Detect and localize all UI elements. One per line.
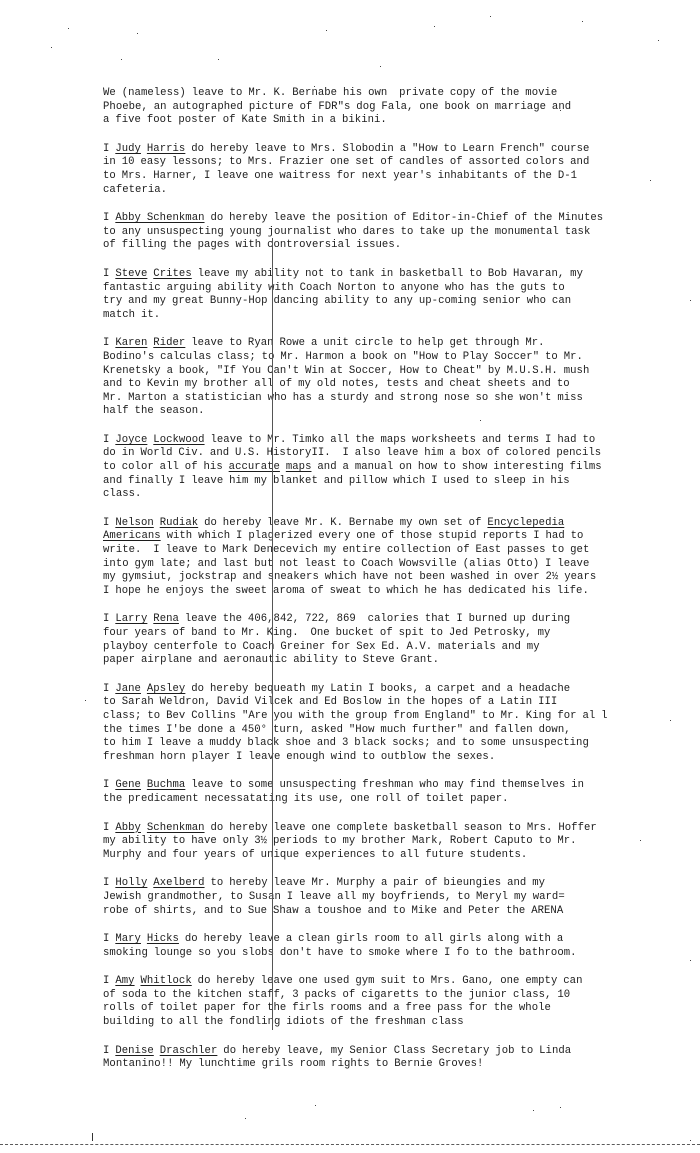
text-segment: leave to Ryan Rowe a unit circle to help… — [185, 337, 544, 349]
scan-speck — [670, 720, 671, 721]
scan-speck — [137, 33, 138, 34]
underlined-name: Buchma — [147, 779, 185, 791]
underlined-name: Amy — [115, 975, 134, 987]
text-segment: I — [103, 779, 115, 791]
text-line: and finally I leave him my blanket and p… — [103, 475, 673, 489]
text-segment: playboy centerfole to Coach Greiner for … — [103, 641, 540, 653]
underlined-name: Draschler — [160, 1045, 218, 1057]
underlined-name: Abby Schenkman — [115, 212, 204, 224]
scan-speck — [434, 26, 435, 27]
underlined-name: Schenkman — [147, 822, 205, 834]
underlined-name: Whitlock — [140, 975, 191, 987]
text-segment: Jewish grandmother, to Susan I leave all… — [103, 891, 565, 903]
will-entry-karen-rider: I Karen Rider leave to Ryan Rowe a unit … — [103, 337, 673, 419]
page-bottom-edge — [0, 1144, 700, 1145]
underlined-name: Larry — [115, 613, 147, 625]
text-segment: I hope he enjoys the sweet aroma of swea… — [103, 585, 589, 597]
text-line: four years of band to Mr. King. One buck… — [103, 627, 673, 641]
text-segment: the times I'be done a 450° turn, asked "… — [103, 724, 571, 736]
text-segment: Montanino!! My lunchtime grils room righ… — [103, 1058, 483, 1070]
text-line: I Judy Harris do hereby leave to Mrs. Sl… — [103, 143, 673, 157]
underlined-name: Holly — [115, 877, 147, 889]
text-line: of filling the pages with controversial … — [103, 239, 673, 253]
scan-speck — [650, 180, 651, 181]
text-line: I hope he enjoys the sweet aroma of swea… — [103, 585, 673, 599]
text-segment: rolls of toilet paper for the firls room… — [103, 1002, 551, 1014]
underlined-name: Gene — [115, 779, 141, 791]
text-line: half the season. — [103, 405, 673, 419]
underlined-name: Lockwood — [153, 434, 204, 446]
text-segment: leave the 406,842, 722, 869 calories tha… — [179, 613, 570, 625]
text-segment: write. I leave to Mark Denecevich my ent… — [103, 544, 589, 556]
text-line: freshman horn player I leave enough wind… — [103, 751, 673, 765]
text-segment: freshman horn player I leave enough wind… — [103, 751, 495, 763]
underlined-name: Judy — [115, 143, 141, 155]
text-line: I Larry Rena leave the 406,842, 722, 869… — [103, 613, 673, 627]
text-segment: to Sarah Weldron, David Vilcek and Ed Bo… — [103, 696, 557, 708]
text-line: Mr. Marton a statistician who has a stur… — [103, 392, 673, 406]
underlined-name: Abby — [115, 822, 141, 834]
scan-speck — [68, 28, 69, 29]
will-entry-jane-apsley: I Jane Apsley do hereby bequeath my Lati… — [103, 683, 673, 765]
underlined-name: Rena — [153, 613, 179, 625]
text-line: Murphy and four years of unique experien… — [103, 849, 673, 863]
text-line: I Abby Schenkman do hereby leave the pos… — [103, 212, 673, 226]
text-line: I Steve Crites leave my ability not to t… — [103, 268, 673, 282]
text-line: Americans with which I plagerized every … — [103, 530, 673, 544]
underlined-name: maps — [286, 461, 312, 473]
text-segment: in 10 easy lessons; to Mrs. Frazier one … — [103, 156, 589, 168]
will-entry-holly-axelberd: I Holly Axelberd to hereby leave Mr. Mur… — [103, 877, 673, 918]
will-entry-amy-whitlock: I Amy Whitlock do hereby leave one used … — [103, 975, 673, 1029]
underlined-name: Crites — [153, 268, 191, 280]
text-line: I Nelson Rudiak do hereby leave Mr. K. B… — [103, 517, 673, 531]
text-line: I Mary Hicks do hereby leave a clean gir… — [103, 933, 673, 947]
will-entry-nameless: We (nameless) leave to Mr. K. Bernabe hi… — [103, 87, 673, 128]
text-line: Krenetsky a book, "If You Can't Win at S… — [103, 365, 673, 379]
scan-speck — [315, 1105, 316, 1106]
text-segment: try and my great Bunny-Hop dancing abili… — [103, 295, 571, 307]
text-segment: leave my ability not to tank in basketba… — [192, 268, 583, 280]
scan-speck — [560, 1107, 561, 1108]
text-segment: half the season. — [103, 405, 205, 417]
underlined-name: Harris — [147, 143, 185, 155]
text-line: do in World Civ. and U.S. HistoryII. I a… — [103, 447, 673, 461]
text-segment: fantastic arguing ability with Coach Nor… — [103, 282, 565, 294]
scan-speck — [51, 47, 52, 48]
text-line: to Mrs. Harner, I leave one waitress for… — [103, 170, 673, 184]
text-segment: match it. — [103, 309, 160, 321]
will-entry-denise-draschler: I Denise Draschler do hereby leave, my S… — [103, 1045, 673, 1072]
text-segment: and a manual on how to show interesting … — [311, 461, 601, 473]
will-entry-mary-hicks: I Mary Hicks do hereby leave a clean gir… — [103, 933, 673, 960]
text-line: I Amy Whitlock do hereby leave one used … — [103, 975, 673, 989]
text-line: paper airplane and aeronautic ability to… — [103, 654, 673, 668]
text-segment: I — [103, 1045, 115, 1057]
will-entry-gene-buchma: I Gene Buchma leave to some unsuspecting… — [103, 779, 673, 806]
underlined-name: Rider — [153, 337, 185, 349]
text-line: I Karen Rider leave to Ryan Rowe a unit … — [103, 337, 673, 351]
underlined-name: Karen — [115, 337, 147, 349]
will-entry-steve-crites: I Steve Crites leave my ability not to t… — [103, 268, 673, 322]
will-entry-larry-rena: I Larry Rena leave the 406,842, 722, 869… — [103, 613, 673, 667]
text-segment: do in World Civ. and U.S. HistoryII. I a… — [103, 447, 601, 459]
document-body: We (nameless) leave to Mr. K. Bernabe hi… — [103, 87, 673, 1087]
text-segment: into gym late; and last but not least to… — [103, 558, 589, 570]
scan-speck — [533, 1110, 534, 1111]
text-line: building to all the fondling idiots of t… — [103, 1016, 673, 1030]
text-segment: to any unsuspecting young journalist who… — [103, 226, 590, 238]
text-segment: Bodino's calculas class; to Mr. Harmon a… — [103, 351, 583, 363]
scan-speck — [85, 700, 86, 701]
text-line: to color all of his accurate maps and a … — [103, 461, 673, 475]
text-line: to Sarah Weldron, David Vilcek and Ed Bo… — [103, 696, 673, 710]
text-segment: to Mrs. Harner, I leave one waitress for… — [103, 170, 577, 182]
text-line: and to Kevin my brother all of my old no… — [103, 378, 673, 392]
text-line: smoking lounge so you slobs don't have t… — [103, 947, 673, 961]
vertical-fold-line — [272, 238, 273, 1030]
text-segment: Krenetsky a book, "If You Can't Win at S… — [103, 365, 589, 377]
text-segment: class; to Bev Collins "Are you with the … — [103, 710, 608, 722]
text-segment: I — [103, 143, 115, 155]
underlined-name: Mary — [115, 933, 141, 945]
text-line: my ability to have only 3½ periods to my… — [103, 835, 673, 849]
text-segment: four years of band to Mr. King. One buck… — [103, 627, 550, 639]
text-segment: I — [103, 933, 115, 945]
text-line: Montanino!! My lunchtime grils room righ… — [103, 1058, 673, 1072]
text-line: match it. — [103, 309, 673, 323]
will-entry-judy-harris: I Judy Harris do hereby leave to Mrs. Sl… — [103, 143, 673, 197]
text-segment: do hereby leave, my Senior Class Secreta… — [217, 1045, 571, 1057]
text-segment: robe of shirts, and to Sue Shaw a tousho… — [103, 905, 563, 917]
underlined-name: Joyce — [115, 434, 147, 446]
text-line: I Holly Axelberd to hereby leave Mr. Mur… — [103, 877, 673, 891]
text-line: write. I leave to Mark Denecevich my ent… — [103, 544, 673, 558]
scan-speck — [690, 1140, 691, 1141]
text-segment: I — [103, 434, 115, 446]
underlined-name: Rudiak — [160, 517, 198, 529]
text-line: in 10 easy lessons; to Mrs. Frazier one … — [103, 156, 673, 170]
text-line: to any unsuspecting young journalist who… — [103, 226, 673, 240]
underlined-name: Americans — [103, 530, 161, 542]
text-line: I Joyce Lockwood leave to Mr. Timko all … — [103, 434, 673, 448]
scan-speck — [380, 66, 381, 67]
text-line: cafeteria. — [103, 184, 673, 198]
text-line: rolls of toilet paper for the firls room… — [103, 1002, 673, 1016]
text-segment: and finally I leave him my blanket and p… — [103, 475, 570, 487]
text-line: of soda to the kitchen staff, 3 packs of… — [103, 989, 673, 1003]
text-line: I Gene Buchma leave to some unsuspecting… — [103, 779, 673, 793]
scan-speck — [218, 59, 219, 60]
text-segment: do hereby leave to Mrs. Slobodin a "How … — [185, 143, 589, 155]
text-line: class. — [103, 488, 673, 502]
text-segment: do hereby leave the position of Editor-i… — [205, 212, 604, 224]
text-segment: I — [103, 877, 115, 889]
text-segment: Murphy and four years of unique experien… — [103, 849, 527, 861]
text-segment: leave to some unsuspecting freshman who … — [185, 779, 584, 791]
scan-speck — [640, 840, 641, 841]
text-segment: We (nameless) leave to Mr. K. Bernabe hi… — [103, 87, 557, 99]
will-entry-abby-schenkman-1: I Abby Schenkman do hereby leave the pos… — [103, 212, 673, 253]
underlined-name: Denise — [115, 1045, 153, 1057]
text-segment: a five foot poster of Kate Smith in a bi… — [103, 114, 387, 126]
text-segment: I — [103, 683, 115, 695]
will-entry-joyce-lockwood: I Joyce Lockwood leave to Mr. Timko all … — [103, 434, 673, 502]
scan-speck — [560, 110, 561, 111]
underlined-name: Jane — [115, 683, 141, 695]
text-segment: my gymsiut, jockstrap and sneakers which… — [103, 571, 596, 583]
text-segment: I — [103, 822, 115, 834]
text-segment: Phoebe, an autographed picture of FDR"s … — [103, 101, 571, 113]
will-entry-nelson-rudiak: I Nelson Rudiak do hereby leave Mr. K. B… — [103, 517, 673, 599]
scan-speck — [690, 960, 691, 961]
text-line: I Jane Apsley do hereby bequeath my Lati… — [103, 683, 673, 697]
will-entry-abby-schenkman-2: I Abby Schenkman do hereby leave one com… — [103, 822, 673, 863]
text-line: a five foot poster of Kate Smith in a bi… — [103, 114, 673, 128]
text-segment: building to all the fondling idiots of t… — [103, 1016, 464, 1028]
underlined-name: Hicks — [147, 933, 179, 945]
scan-speck — [490, 16, 491, 17]
underlined-name: Encyclepedia — [487, 517, 564, 529]
text-segment: of soda to the kitchen staff, 3 packs of… — [103, 989, 570, 1001]
text-line: I Denise Draschler do hereby leave, my S… — [103, 1045, 673, 1059]
text-segment: and to Kevin my brother all of my old no… — [103, 378, 570, 390]
underlined-name: Axelberd — [153, 877, 204, 889]
text-line: I Abby Schenkman do hereby leave one com… — [103, 822, 673, 836]
text-line: Bodino's calculas class; to Mr. Harmon a… — [103, 351, 673, 365]
text-segment: with which I plagerized every one of tho… — [161, 530, 584, 542]
text-line: fantastic arguing ability with Coach Nor… — [103, 282, 673, 296]
underlined-name: Nelson — [115, 517, 153, 529]
text-segment: smoking lounge so you slobs don't have t… — [103, 947, 577, 959]
text-line: We (nameless) leave to Mr. K. Bernabe hi… — [103, 87, 673, 101]
text-line: Jewish grandmother, to Susan I leave all… — [103, 891, 673, 905]
text-line: the predicament necessatating its use, o… — [103, 793, 673, 807]
text-line: playboy centerfole to Coach Greiner for … — [103, 641, 673, 655]
text-segment: leave to Mr. Timko all the maps workshee… — [205, 434, 596, 446]
text-line: class; to Bev Collins "Are you with the … — [103, 710, 673, 724]
text-segment: my ability to have only 3½ periods to my… — [103, 835, 577, 847]
scan-speck — [326, 30, 327, 31]
text-segment: cafeteria. — [103, 184, 167, 196]
text-segment: I — [103, 975, 115, 987]
margin-tick-mark — [92, 1133, 93, 1141]
text-segment: I — [103, 613, 115, 625]
text-segment: do hereby leave a clean girls room to al… — [179, 933, 563, 945]
scan-speck — [658, 40, 659, 41]
text-segment: do hereby leave one used gym suit to Mrs… — [192, 975, 583, 987]
scan-speck — [582, 21, 583, 22]
scan-speck — [314, 86, 315, 87]
text-segment: I — [103, 212, 115, 224]
text-line: to him I leave a muddy black shoe and 3 … — [103, 737, 673, 751]
text-segment: I — [103, 517, 115, 529]
text-segment: of filling the pages with controversial … — [103, 239, 401, 251]
text-segment: the predicament necessatating its use, o… — [103, 793, 509, 805]
text-line: robe of shirts, and to Sue Shaw a tousho… — [103, 905, 673, 919]
text-segment: Mr. Marton a statistician who has a stur… — [103, 392, 583, 404]
scan-speck — [245, 1118, 246, 1119]
text-segment: I — [103, 337, 115, 349]
text-segment: to him I leave a muddy black shoe and 3 … — [103, 737, 589, 749]
text-line: my gymsiut, jockstrap and sneakers which… — [103, 571, 673, 585]
text-line: try and my great Bunny-Hop dancing abili… — [103, 295, 673, 309]
scan-speck — [690, 300, 691, 301]
text-segment: do hereby leave one complete basketball … — [205, 822, 597, 834]
text-segment: class. — [103, 488, 141, 500]
underlined-name: Steve — [115, 268, 147, 280]
text-segment: do hereby leave Mr. K. Bernabe my own se… — [198, 517, 487, 529]
text-line: into gym late; and last but not least to… — [103, 558, 673, 572]
text-segment: do hereby bequeath my Latin I books, a c… — [185, 683, 570, 695]
text-segment: to hereby leave Mr. Murphy a pair of bie… — [205, 877, 546, 889]
scan-speck — [480, 420, 481, 421]
scan-speck — [121, 59, 122, 60]
text-line: the times I'be done a 450° turn, asked "… — [103, 724, 673, 738]
text-segment: to color all of his — [103, 461, 229, 473]
text-segment: I — [103, 268, 115, 280]
underlined-name: Apsley — [147, 683, 185, 695]
text-line: Phoebe, an autographed picture of FDR"s … — [103, 101, 673, 115]
document-page: We (nameless) leave to Mr. K. Bernabe hi… — [0, 0, 700, 1153]
